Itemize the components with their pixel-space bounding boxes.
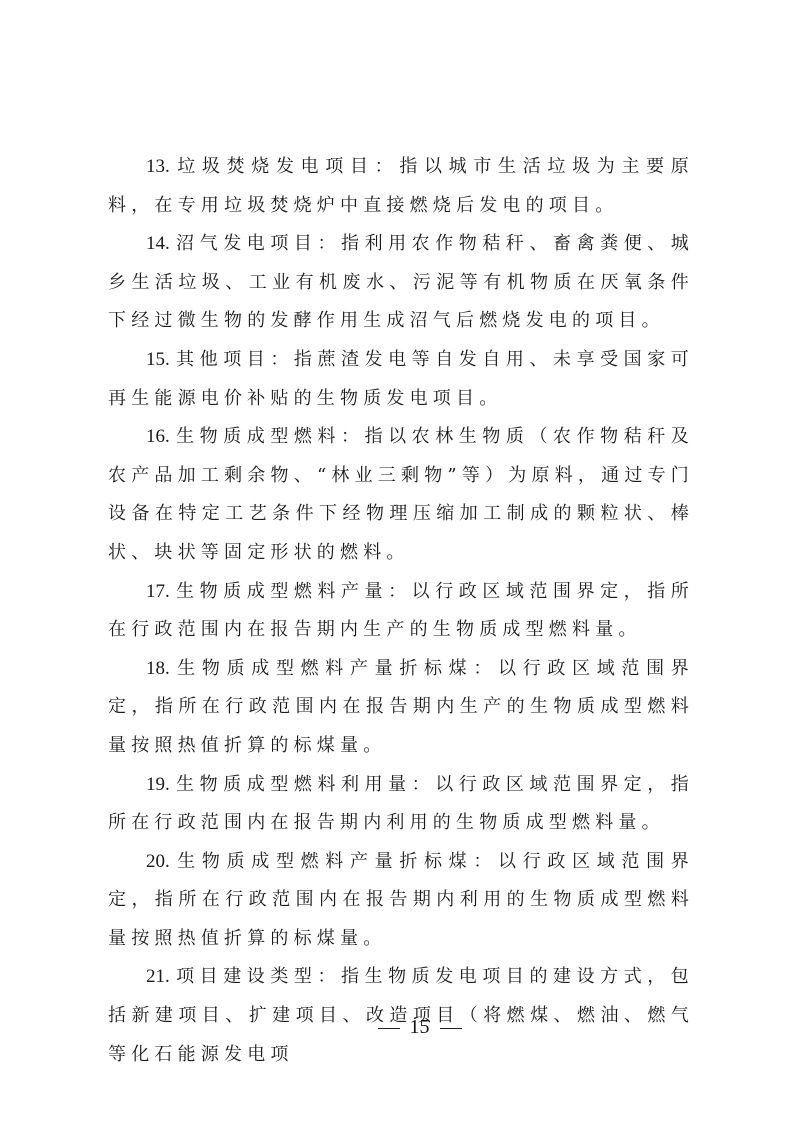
paragraph-19: 19.生物质成型燃料利用量：以行政区域范围界定，指所在行政范围内在报告期内利用的… <box>108 766 694 843</box>
item-number: 19. <box>146 774 170 795</box>
term: 生物质成型燃料产量： <box>176 581 412 602</box>
paragraph-20: 20.生物质成型燃料产量折标煤：以行政区域范围界定，指所在行政范围内在报告期内利… <box>108 843 694 959</box>
paragraph-13: 13.垃圾焚烧发电项目：指以城市生活垃圾为主要原料，在专用垃圾焚烧炉中直接燃烧后… <box>108 148 694 225</box>
item-number: 20. <box>146 851 170 872</box>
page-number: 15 <box>0 1016 793 1039</box>
term: 生物质成型燃料利用量： <box>176 774 435 795</box>
term: 项目建设类型： <box>176 966 341 987</box>
term: 生物质成型燃料产量折标煤： <box>176 658 498 679</box>
term: 垃圾焚烧发电项目： <box>176 156 400 177</box>
dash-right <box>440 1028 462 1030</box>
term: 沼气发电项目： <box>176 233 341 254</box>
paragraph-14: 14.沼气发电项目：指利用农作物秸秆、畜禽粪便、城乡生活垃圾、工业有机废水、污泥… <box>108 225 694 341</box>
term: 其他项目： <box>176 349 294 370</box>
item-number: 16. <box>146 426 170 447</box>
term: 生物质成型燃料： <box>176 426 365 447</box>
paragraph-17: 17.生物质成型燃料产量：以行政区域范围界定，指所在行政范围内在报告期内生产的生… <box>108 573 694 650</box>
term: 生物质成型燃料产量折标煤： <box>176 851 498 872</box>
paragraph-18: 18.生物质成型燃料产量折标煤：以行政区域范围界定，指所在行政范围内在报告期内生… <box>108 650 694 766</box>
item-number: 18. <box>146 658 170 679</box>
item-number: 13. <box>146 156 170 177</box>
paragraph-15: 15.其他项目：指蔗渣发电等自发自用、未享受国家可再生能源电价补贴的生物质发电项… <box>108 341 694 418</box>
item-number: 21. <box>146 966 170 987</box>
paragraph-16: 16.生物质成型燃料：指以农林生物质（农作物秸秆及农产品加工剩余物、“林业三剩物… <box>108 418 694 572</box>
page-number-value: 15 <box>410 1016 430 1038</box>
item-number: 14. <box>146 233 170 254</box>
document-body: 13.垃圾焚烧发电项目：指以城市生活垃圾为主要原料，在专用垃圾焚烧炉中直接燃烧后… <box>108 148 694 1074</box>
item-number: 15. <box>146 349 170 370</box>
dash-left <box>378 1028 400 1030</box>
item-number: 17. <box>146 581 170 602</box>
